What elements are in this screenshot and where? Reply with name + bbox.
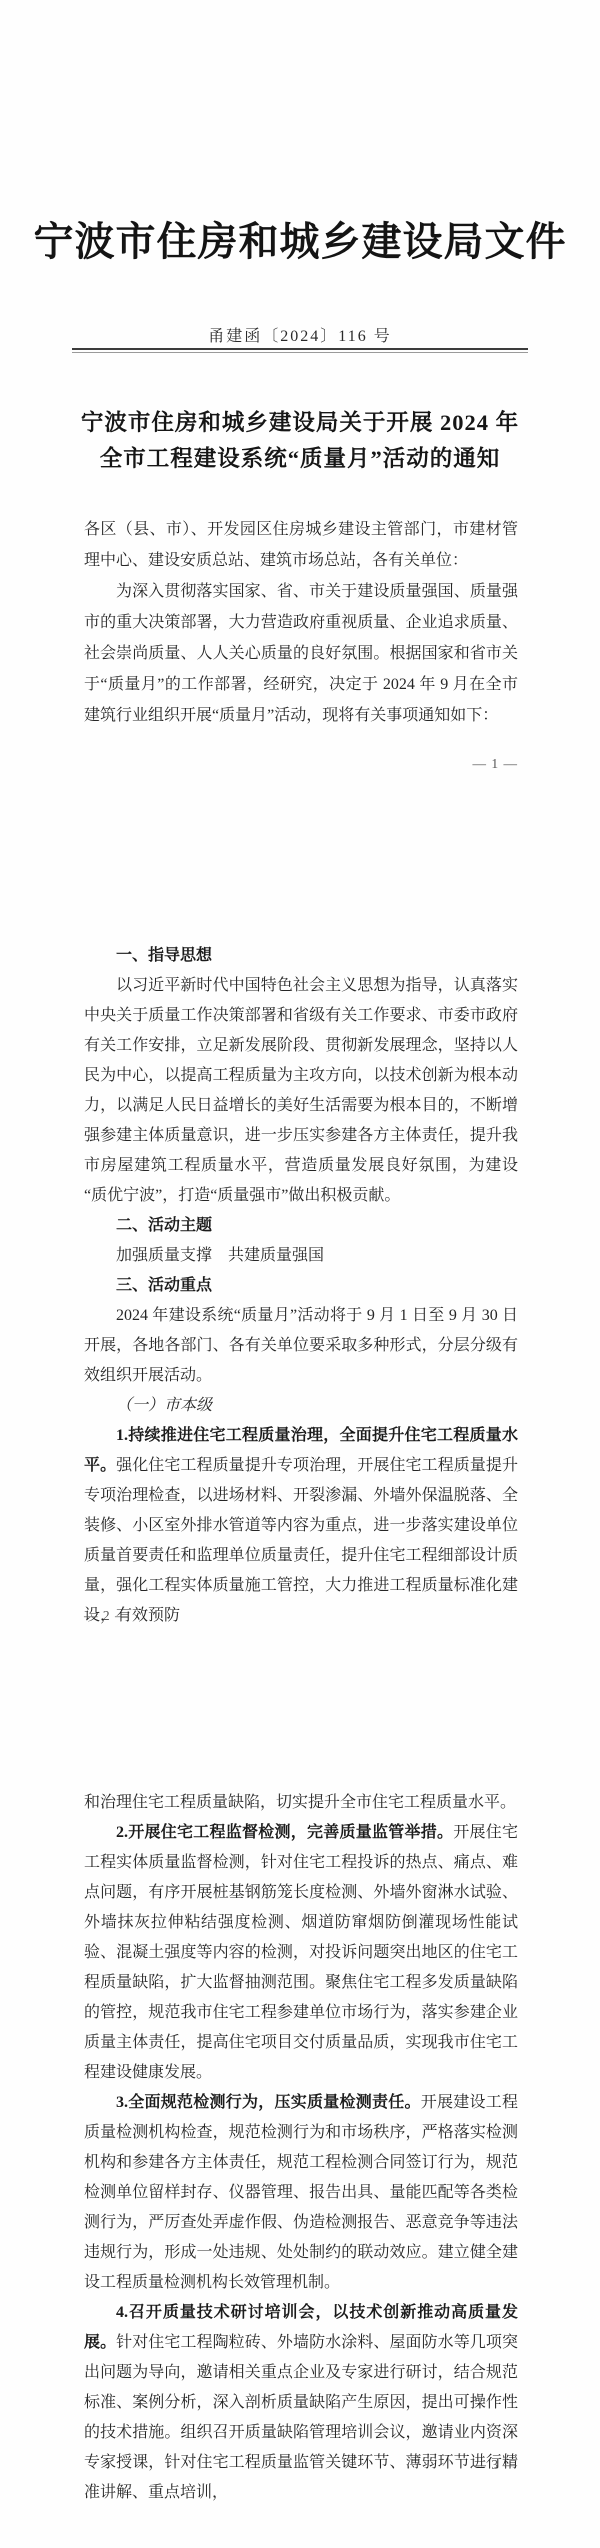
- doc-title-line-1: 宁波市住房和城乡建设局关于开展 2024 年: [30, 405, 570, 441]
- doc-title: 宁波市住房和城乡建设局关于开展 2024 年 全市工程建设系统“质量月”活动的通…: [30, 405, 570, 477]
- section-heading-1: 一、指导思想: [84, 941, 518, 971]
- salutation: 各区（县、市）、开发园区住房城乡建设主管部门，市建材管理中心、建设安质总站、建筑…: [84, 514, 518, 576]
- agency-header-title: 宁波市住房和城乡建设局文件: [0, 216, 600, 268]
- page1-page-number: — 1 —: [84, 756, 518, 772]
- page3-page-number: — 3 —: [84, 2457, 518, 2473]
- carryover-line: 和治理住宅工程质量缺陷，切实提升全市住宅工程质量水平。: [84, 1788, 518, 1818]
- key-item-1-text: 强化住宅工程质量提升专项治理，开展住宅工程质量提升专项治理检查，以进场材料、开裂…: [84, 1457, 518, 1624]
- scanned-document: 宁波市住房和城乡建设局文件 甬建函〔2024〕116 号 宁波市住房和城乡建设局…: [0, 0, 600, 2548]
- page3-body: 和治理住宅工程质量缺陷，切实提升全市住宅工程质量水平。 2.开展住宅工程监督检测…: [84, 1788, 518, 2508]
- key-item-3: 3.全面规范检测行为，压实质量检测责任。开展建设工程质量检测机构检查，规范检测行…: [84, 2088, 518, 2298]
- subsection-heading-city-level: （一）市本级: [84, 1391, 518, 1421]
- key-item-2-lead: 2.开展住宅工程监督检测，完善质量监管举措。: [116, 1824, 453, 1841]
- key-item-3-lead: 3.全面规范检测行为，压实质量检测责任。: [116, 2094, 421, 2111]
- doc-title-line-2: 全市工程建设系统“质量月”活动的通知: [30, 441, 570, 477]
- key-item-1: 1.持续推进住宅工程质量治理，全面提升住宅工程质量水平。强化住宅工程质量提升专项…: [84, 1421, 518, 1631]
- key-item-3-text: 开展建设工程质量检测机构检查，规范检测行为和市场秩序，严格落实检测机构和参建各方…: [84, 2094, 518, 2291]
- activity-schedule-paragraph: 2024 年建设系统“质量月”活动将于 9 月 1 日至 9 月 30 日开展，…: [84, 1301, 518, 1391]
- intro-paragraph: 为深入贯彻落实国家、省、市关于建设质量强国、质量强市的重大决策部署，大力营造政府…: [84, 576, 518, 731]
- page1-body: 各区（县、市）、开发园区住房城乡建设主管部门，市建材管理中心、建设安质总站、建筑…: [84, 514, 518, 731]
- key-item-4: 4.召开质量技术研讨培训会，以技术创新推动高质量发展。针对住宅工程陶粒砖、外墙防…: [84, 2298, 518, 2508]
- key-item-2-text: 开展住宅工程实体质量监督检测，针对住宅工程投诉的热点、痛点、难点问题，有序开展桩…: [84, 1824, 518, 2081]
- page2-page-number: — 2 —: [84, 1608, 518, 1624]
- section-heading-2: 二、活动主题: [84, 1211, 518, 1241]
- key-item-2: 2.开展住宅工程监督检测，完善质量监管举措。开展住宅工程实体质量监督检测，针对住…: [84, 1818, 518, 2088]
- guiding-ideology-paragraph: 以习近平新时代中国特色社会主义思想为指导，认真落实中央关于质量工作决策部署和省级…: [84, 971, 518, 1211]
- header-rule: [72, 348, 528, 353]
- page2-body: 一、指导思想 以习近平新时代中国特色社会主义思想为指导，认真落实中央关于质量工作…: [84, 941, 518, 1631]
- key-item-4-text: 针对住宅工程陶粒砖、外墙防水涂料、屋面防水等几项突出问题为导向，邀请相关重点企业…: [84, 2334, 518, 2501]
- section-heading-3: 三、活动重点: [84, 1271, 518, 1301]
- doc-number: 甬建函〔2024〕116 号: [0, 323, 600, 346]
- activity-theme: 加强质量支撑 共建质量强国: [84, 1241, 518, 1271]
